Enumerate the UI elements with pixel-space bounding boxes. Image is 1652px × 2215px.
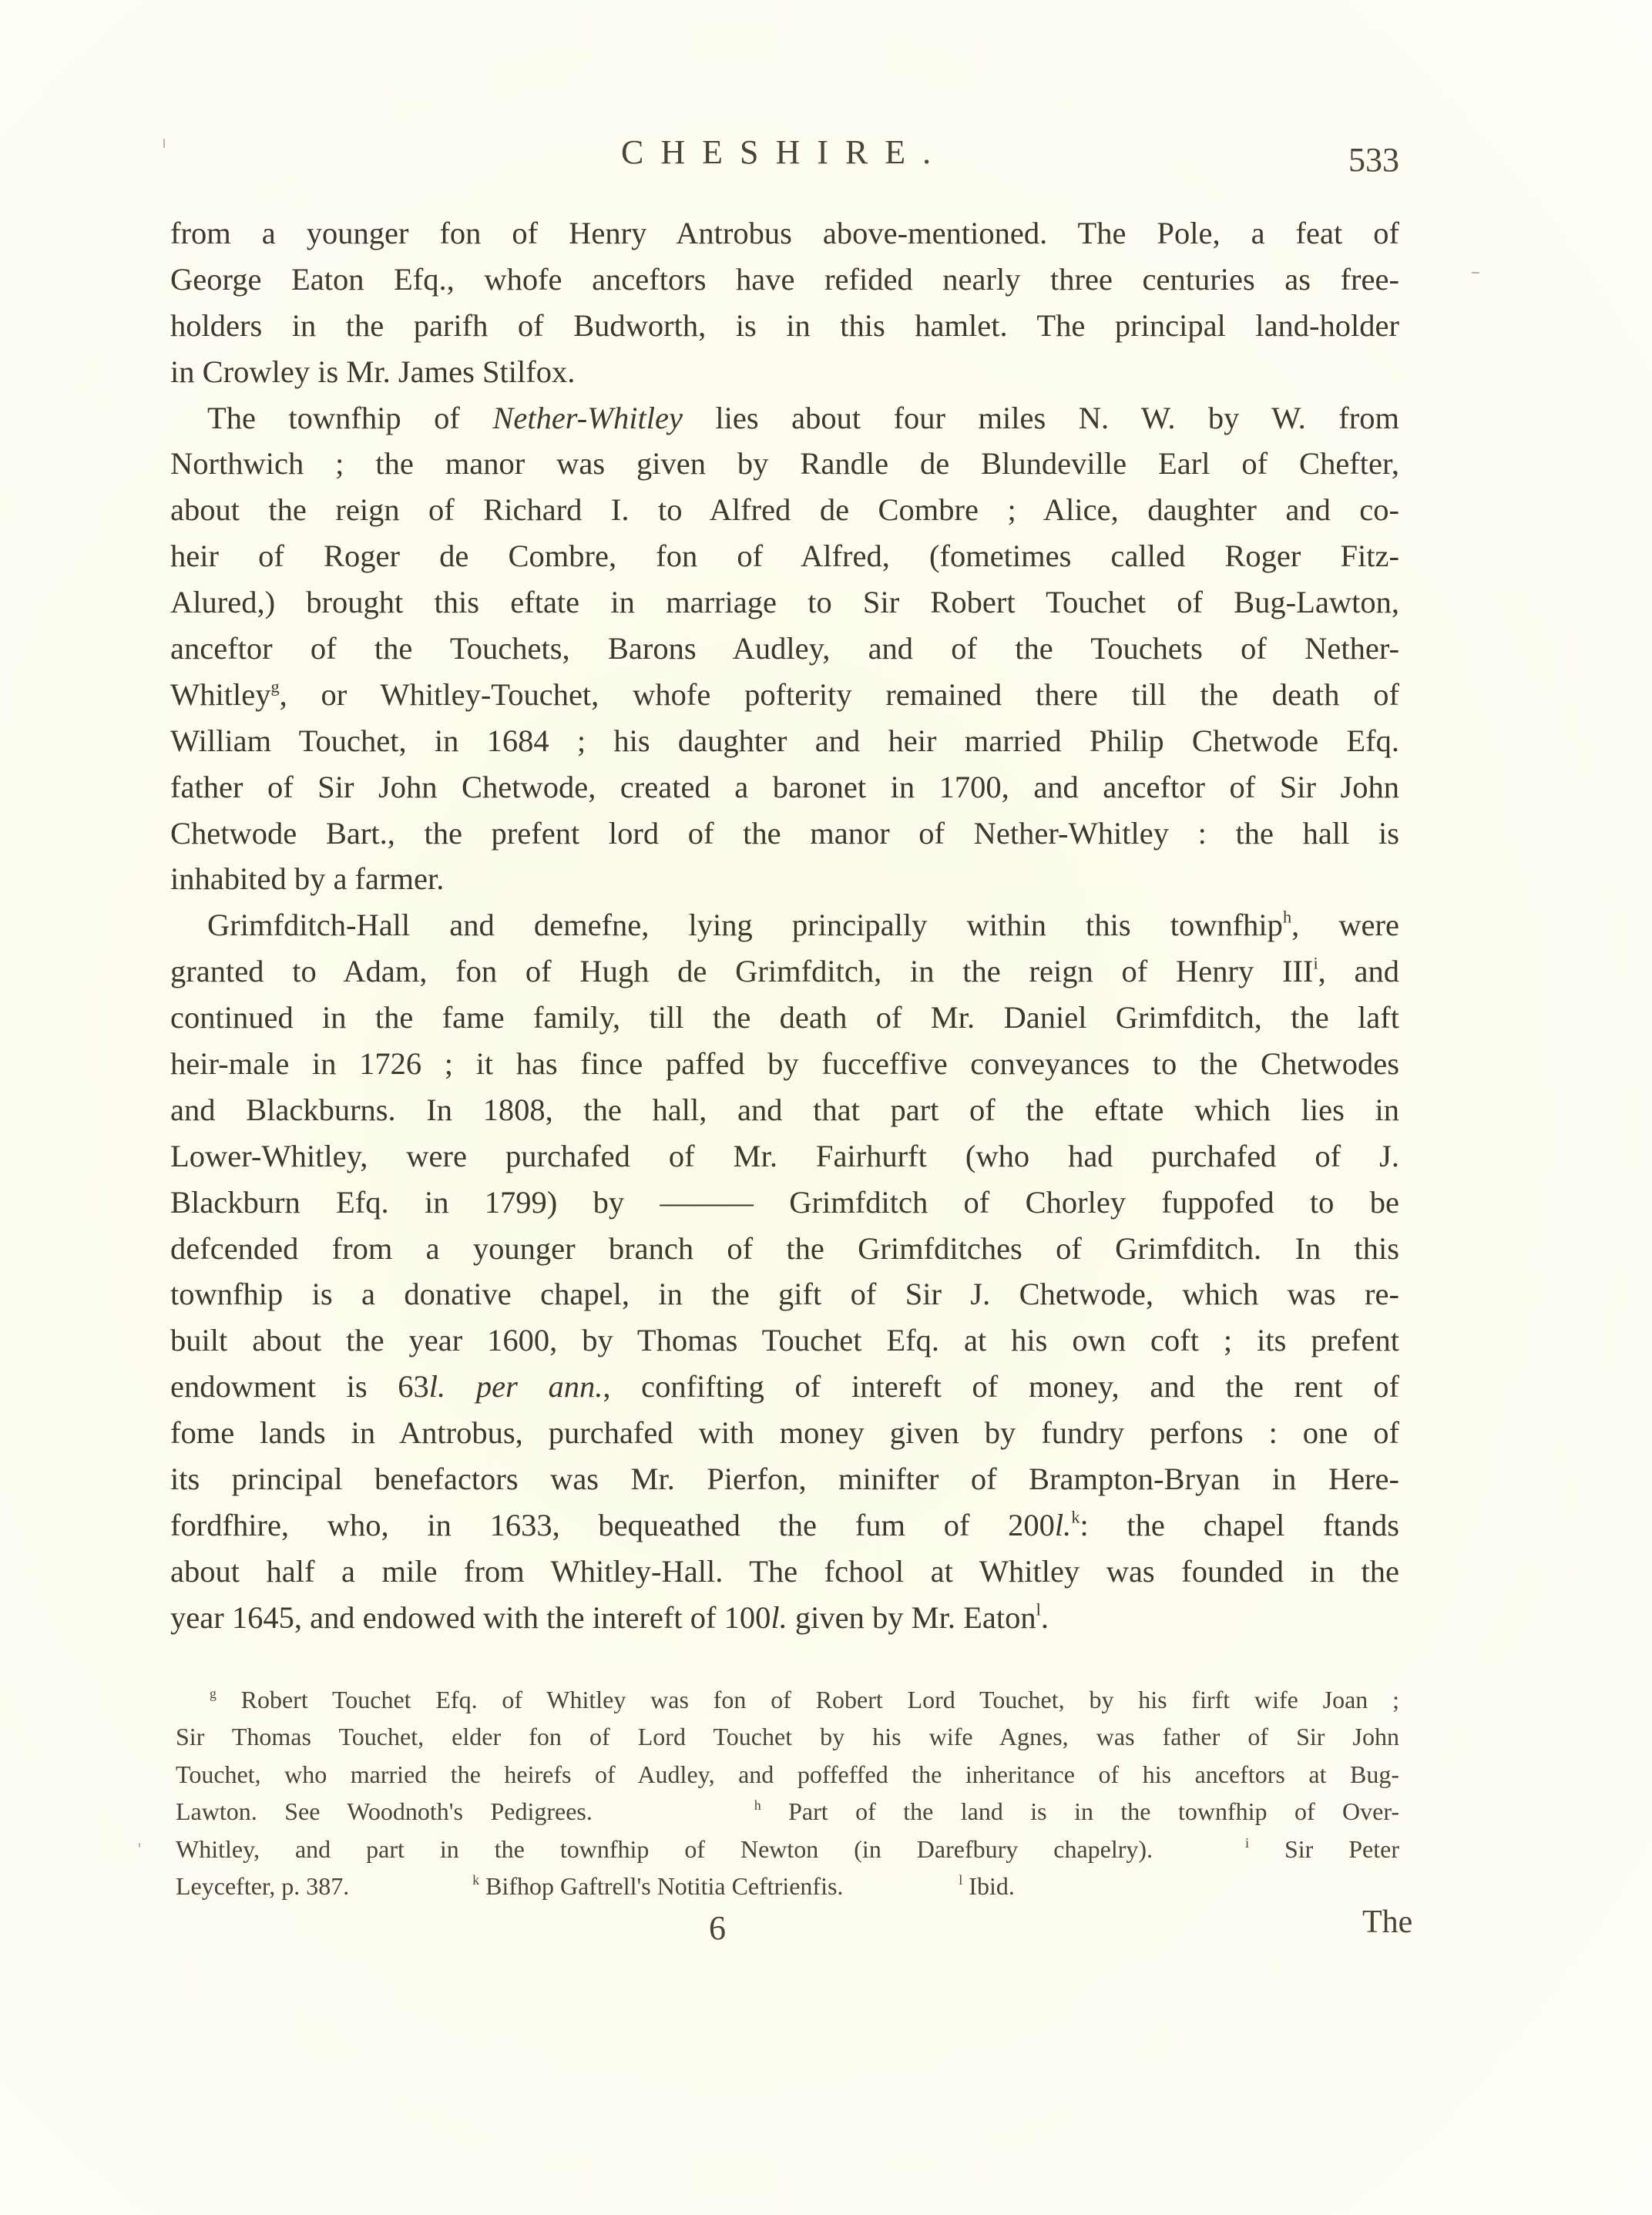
signature-mark: 6: [709, 1909, 726, 1948]
footnote-g: g Robert Touchet Efq. of Whitley was fon…: [176, 1681, 1399, 1718]
body-line: about half a mile from Whitley-Hall. The…: [170, 1549, 1399, 1595]
footnote-marker: i: [1245, 1834, 1249, 1850]
footnote-line: Touchet, who married the heirefs of Audl…: [176, 1756, 1399, 1793]
footnote-i: Sir Peter: [1284, 1835, 1399, 1863]
text-run: , or Whitley-Touchet, whofe pofterity re…: [280, 677, 1399, 712]
text-run: lies about four miles N. W. by W. from: [683, 401, 1399, 435]
body-line: heir-male in 1726 ; it has fince paffed …: [170, 1041, 1399, 1087]
footnote-k: Bifhop Gaftrell's Notitia Ceftrienfis.: [485, 1872, 843, 1900]
body-line: Lower-Whitley, were purchafed of Mr. Fai…: [170, 1133, 1399, 1180]
body-line: about the reign of Richard I. to Alfred …: [170, 487, 1399, 533]
footnote-marker: g: [210, 1686, 217, 1701]
text-run: fordfhire, who, in 1633, bequeathed the …: [170, 1508, 1055, 1542]
body-line: Blackburn Efq. in 1799) by ——— Grimfditc…: [170, 1180, 1399, 1226]
body-line: father of Sir John Chetwode, created a b…: [170, 764, 1399, 810]
footnote-ref-k[interactable]: k: [1071, 1507, 1080, 1526]
text-run: Whitley: [170, 677, 270, 712]
footnote-marker: h: [754, 1797, 761, 1813]
body-line: inhabited by a farmer.: [170, 856, 1399, 902]
text-run: year 1645, and endowed with the intereft…: [170, 1600, 771, 1635]
body-line: endowment is 63l. per ann., confifting o…: [170, 1364, 1399, 1410]
footnote-text: Robert Touchet Efq. of Whitley was fon o…: [241, 1686, 1399, 1713]
place-name-italic: Nether-Whitley: [492, 401, 683, 435]
body-line: year 1645, and endowed with the intereft…: [170, 1595, 1399, 1641]
footnote-text: Lawton. See Woodnoth's Pedigrees.: [176, 1797, 593, 1825]
footnote-text: Whitley, and part in the townfhip of New…: [176, 1835, 1153, 1863]
paper-speck: [163, 139, 165, 148]
body-line: William Touchet, in 1684 ; his daughter …: [170, 718, 1399, 764]
body-line: fordfhire, who, in 1633, bequeathed the …: [170, 1502, 1399, 1549]
body-line: Whitleyg, or Whitley-Touchet, whofe poft…: [170, 672, 1399, 718]
text-run: endowment is 63: [170, 1369, 429, 1404]
body-line: heir of Roger de Combre, fon of Alfred, …: [170, 533, 1399, 579]
body-line: holders in the parifh of Budworth, is in…: [170, 303, 1399, 349]
footnote-ref-g[interactable]: g: [270, 676, 279, 696]
footnote-ref-h[interactable]: h: [1283, 908, 1291, 927]
footnote-line: Whitley, and part in the townfhip of New…: [176, 1831, 1399, 1868]
footnote-line: Lawton. See Woodnoth's Pedigrees.h Part …: [176, 1793, 1399, 1830]
text-run: The townfhip of: [207, 401, 492, 435]
book-page: CHESHIRE. 533 from a younger fon of Henr…: [0, 0, 1652, 2215]
paper-speck: [139, 1843, 140, 1848]
text-run: , and: [1318, 954, 1399, 988]
text-run: .: [1041, 1600, 1049, 1635]
body-line: defcended from a younger branch of the G…: [170, 1226, 1399, 1272]
body-line: Alured,) brought this eftate in marriage…: [170, 579, 1399, 626]
running-title: CHESHIRE.: [621, 131, 948, 174]
page-number: 533: [1348, 139, 1399, 182]
text-run: granted to Adam, fon of Hugh de Grimfdit…: [170, 954, 1313, 988]
footnote-marker: k: [472, 1872, 479, 1888]
per-annum-italic: per ann.: [476, 1369, 603, 1404]
body-line: granted to Adam, fon of Hugh de Grimfdit…: [170, 948, 1399, 995]
body-line: townfhip is a donative chapel, in the gi…: [170, 1271, 1399, 1317]
footnote-marker: l: [959, 1872, 962, 1888]
pounds-abbrev-italic: l.: [429, 1369, 445, 1404]
text-run: : the chapel ftands: [1080, 1508, 1399, 1542]
body-line: from a younger fon of Henry Antrobus abo…: [170, 210, 1399, 257]
pounds-abbrev-italic: l.: [1055, 1508, 1071, 1542]
body-line: anceftor of the Touchets, Barons Audley,…: [170, 626, 1399, 672]
body-line: Northwich ; the manor was given by Randl…: [170, 441, 1399, 487]
body-line: continued in the fame family, till the d…: [170, 995, 1399, 1041]
body-line: fome lands in Antrobus, purchafed with m…: [170, 1410, 1399, 1456]
pounds-abbrev-italic: l.: [771, 1600, 787, 1635]
catchword: The: [1362, 1903, 1412, 1941]
body-line: George Eaton Efq., whofe anceftors have …: [170, 257, 1399, 303]
footnote-line: Leycefter, p. 387.k Bifhop Gaftrell's No…: [176, 1868, 1399, 1905]
text-run: Grimfditch-Hall and demefne, lying princ…: [207, 908, 1283, 942]
text-run: , confifting of intereft of money, and t…: [603, 1369, 1399, 1404]
body-line: its principal benefactors was Mr. Pierfo…: [170, 1456, 1399, 1502]
text-run: , were: [1291, 908, 1399, 942]
footnote-l: Ibid.: [969, 1872, 1015, 1900]
footnote-line: Sir Thomas Touchet, elder fon of Lord To…: [176, 1718, 1399, 1755]
body-line: built about the year 1600, by Thomas Tou…: [170, 1317, 1399, 1364]
body-line: Chetwode Bart., the prefent lord of the …: [170, 810, 1399, 857]
footnotes: g Robert Touchet Efq. of Whitley was fon…: [176, 1681, 1399, 1905]
paper-speck: [1472, 272, 1479, 274]
footnote-h: Part of the land is in the townfhip of O…: [788, 1797, 1399, 1825]
body-line: Grimfditch-Hall and demefne, lying princ…: [170, 902, 1399, 948]
body-line: The townfhip of Nether-Whitley lies abou…: [170, 395, 1399, 441]
body-text: from a younger fon of Henry Antrobus abo…: [170, 210, 1399, 1641]
footnote-text: Leycefter, p. 387.: [176, 1872, 349, 1900]
body-line: in Crowley is Mr. James Stilfox.: [170, 349, 1399, 395]
body-line: and Blackburns. In 1808, the hall, and t…: [170, 1087, 1399, 1133]
text-run: given by Mr. Eaton: [787, 1600, 1036, 1635]
